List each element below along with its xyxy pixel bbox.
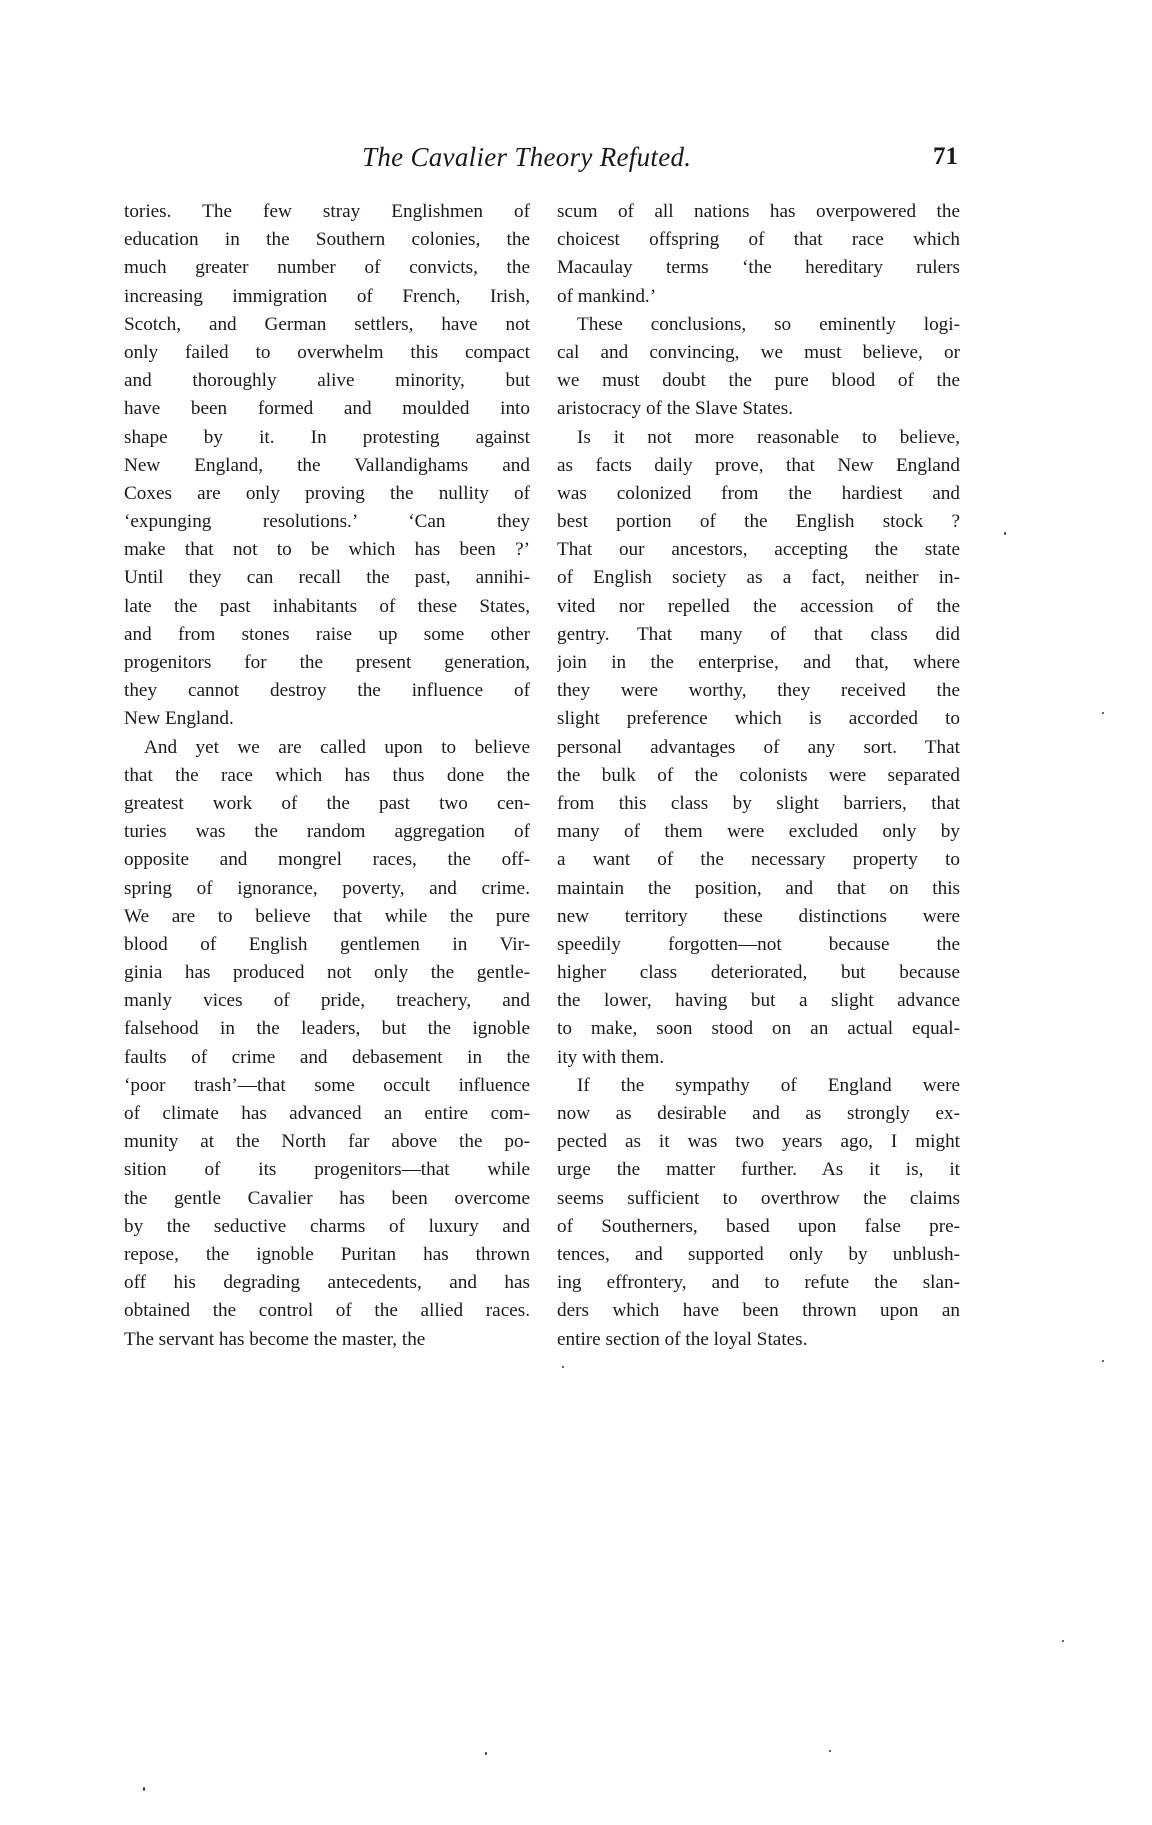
- scan-speck: [562, 1366, 564, 1368]
- text-line: the lower, having but a slight advance: [557, 987, 960, 1015]
- text-line: scum of all nations has overpowered the: [557, 198, 960, 226]
- text-line: tories. The few stray Englishmen of: [124, 198, 530, 226]
- text-line: the bulk of the colonists were separated: [557, 762, 960, 790]
- text-line: Macaulay terms ‘the hereditary rulers: [557, 254, 960, 282]
- text-line: personal advantages of any sort. That: [557, 734, 960, 762]
- text-line: progenitors for the present generation,: [124, 649, 530, 677]
- text-line: as facts daily prove, that New England: [557, 452, 960, 480]
- text-line: late the past inhabitants of these State…: [124, 593, 530, 621]
- text-line: Coxes are only proving the nullity of: [124, 480, 530, 508]
- text-line: New England, the Vallandighams and: [124, 452, 530, 480]
- text-line: opposite and mongrel races, the off-: [124, 846, 530, 874]
- text-line: And yet we are called upon to believe: [124, 734, 530, 762]
- text-line: spring of ignorance, poverty, and crime.: [124, 875, 530, 903]
- text-line: ‘expunging resolutions.’ ‘Can they: [124, 508, 530, 536]
- text-line: make that not to be which has been ?’: [124, 536, 530, 564]
- text-line: We are to believe that while the pure: [124, 903, 530, 931]
- text-line: blood of English gentlemen in Vir-: [124, 931, 530, 959]
- scan-speck: [1102, 712, 1104, 714]
- text-line: to make, soon stood on an actual equal-: [557, 1015, 960, 1043]
- text-line: New England.: [124, 705, 530, 733]
- text-line: slight preference which is accorded to: [557, 705, 960, 733]
- text-line: much greater number of convicts, the: [124, 254, 530, 282]
- text-column-right: scum of all nations has overpowered thec…: [557, 198, 960, 1354]
- text-line: only failed to overwhelm this compact: [124, 339, 530, 367]
- scan-speck: [829, 1750, 831, 1752]
- scan-speck: [1102, 1360, 1104, 1362]
- text-line: ginia has produced not only the gentle-: [124, 959, 530, 987]
- text-line: the gentle Cavalier has been overcome: [124, 1185, 530, 1213]
- text-line: That our ancestors, accepting the state: [557, 536, 960, 564]
- text-line: from this class by slight barriers, that: [557, 790, 960, 818]
- scanned-book-page: The Cavalier Theory Refuted. 71 tories. …: [0, 0, 1152, 1825]
- text-line: ity with them.: [557, 1044, 960, 1072]
- text-line: aristocracy of the Slave States.: [557, 395, 960, 423]
- text-line: maintain the position, and that on this: [557, 875, 960, 903]
- text-line: entire section of the loyal States.: [557, 1326, 960, 1354]
- text-line: of climate has advanced an entire com-: [124, 1100, 530, 1128]
- text-line: Until they can recall the past, annihi-: [124, 564, 530, 592]
- running-head: The Cavalier Theory Refuted. 71: [124, 140, 960, 174]
- text-line: higher class deteriorated, but because: [557, 959, 960, 987]
- text-line: they were worthy, they received the: [557, 677, 960, 705]
- text-line: many of them were excluded only by: [557, 818, 960, 846]
- text-line: by the seductive charms of luxury and: [124, 1213, 530, 1241]
- text-line: off his degrading antecedents, and has: [124, 1269, 530, 1297]
- text-line: munity at the North far above the po-: [124, 1128, 530, 1156]
- text-line: a want of the necessary property to: [557, 846, 960, 874]
- text-line: was colonized from the hardiest and: [557, 480, 960, 508]
- text-line: These conclusions, so eminently logi-: [557, 311, 960, 339]
- text-line: urge the matter further. As it is, it: [557, 1156, 960, 1184]
- text-line: ders which have been thrown upon an: [557, 1297, 960, 1325]
- text-line: pected as it was two years ago, I might: [557, 1128, 960, 1156]
- text-line: manly vices of pride, treachery, and: [124, 987, 530, 1015]
- text-line: cal and convincing, we must believe, or: [557, 339, 960, 367]
- text-line: turies was the random aggregation of: [124, 818, 530, 846]
- scan-speck: [1062, 1640, 1064, 1642]
- text-line: of mankind.’: [557, 283, 960, 311]
- scan-speck: [143, 1787, 145, 1791]
- text-line: of English society as a fact, neither in…: [557, 564, 960, 592]
- text-line: now as desirable and as strongly ex-: [557, 1100, 960, 1128]
- scan-speck: [485, 1752, 487, 1755]
- text-line: obtained the control of the allied races…: [124, 1297, 530, 1325]
- scan-speck: [1004, 532, 1006, 535]
- text-line: choicest offspring of that race which: [557, 226, 960, 254]
- text-line: falsehood in the leaders, but the ignobl…: [124, 1015, 530, 1043]
- text-line: education in the Southern colonies, the: [124, 226, 530, 254]
- text-line: repose, the ignoble Puritan has thrown: [124, 1241, 530, 1269]
- text-line: we must doubt the pure blood of the: [557, 367, 960, 395]
- text-line: and thoroughly alive minority, but: [124, 367, 530, 395]
- text-line: tences, and supported only by unblush-: [557, 1241, 960, 1269]
- text-line: seems sufficient to overthrow the claims: [557, 1185, 960, 1213]
- text-line: and from stones raise up some other: [124, 621, 530, 649]
- text-line: best portion of the English stock ?: [557, 508, 960, 536]
- text-line: The servant has become the master, the: [124, 1326, 530, 1354]
- text-line: that the race which has thus done the: [124, 762, 530, 790]
- page-number: 71: [933, 140, 958, 174]
- text-line: increasing immigration of French, Irish,: [124, 283, 530, 311]
- text-line: gentry. That many of that class did: [557, 621, 960, 649]
- running-title: The Cavalier Theory Refuted.: [362, 140, 691, 174]
- text-line: sition of its progenitors—that while: [124, 1156, 530, 1184]
- text-line: greatest work of the past two cen-: [124, 790, 530, 818]
- text-line: Scotch, and German settlers, have not: [124, 311, 530, 339]
- text-line: ‘poor trash’—that some occult influence: [124, 1072, 530, 1100]
- text-line: have been formed and moulded into: [124, 395, 530, 423]
- text-line: ing effrontery, and to refute the slan-: [557, 1269, 960, 1297]
- text-line: If the sympathy of England were: [557, 1072, 960, 1100]
- text-line: of Southerners, based upon false pre-: [557, 1213, 960, 1241]
- text-line: shape by it. In protesting against: [124, 424, 530, 452]
- text-line: Is it not more reasonable to believe,: [557, 424, 960, 452]
- text-line: speedily forgotten—not because the: [557, 931, 960, 959]
- text-line: join in the enterprise, and that, where: [557, 649, 960, 677]
- text-line: new territory these distinctions were: [557, 903, 960, 931]
- text-column-left: tories. The few stray Englishmen ofeduca…: [124, 198, 530, 1354]
- text-line: they cannot destroy the influence of: [124, 677, 530, 705]
- text-line: faults of crime and debasement in the: [124, 1044, 530, 1072]
- text-line: vited nor repelled the accession of the: [557, 593, 960, 621]
